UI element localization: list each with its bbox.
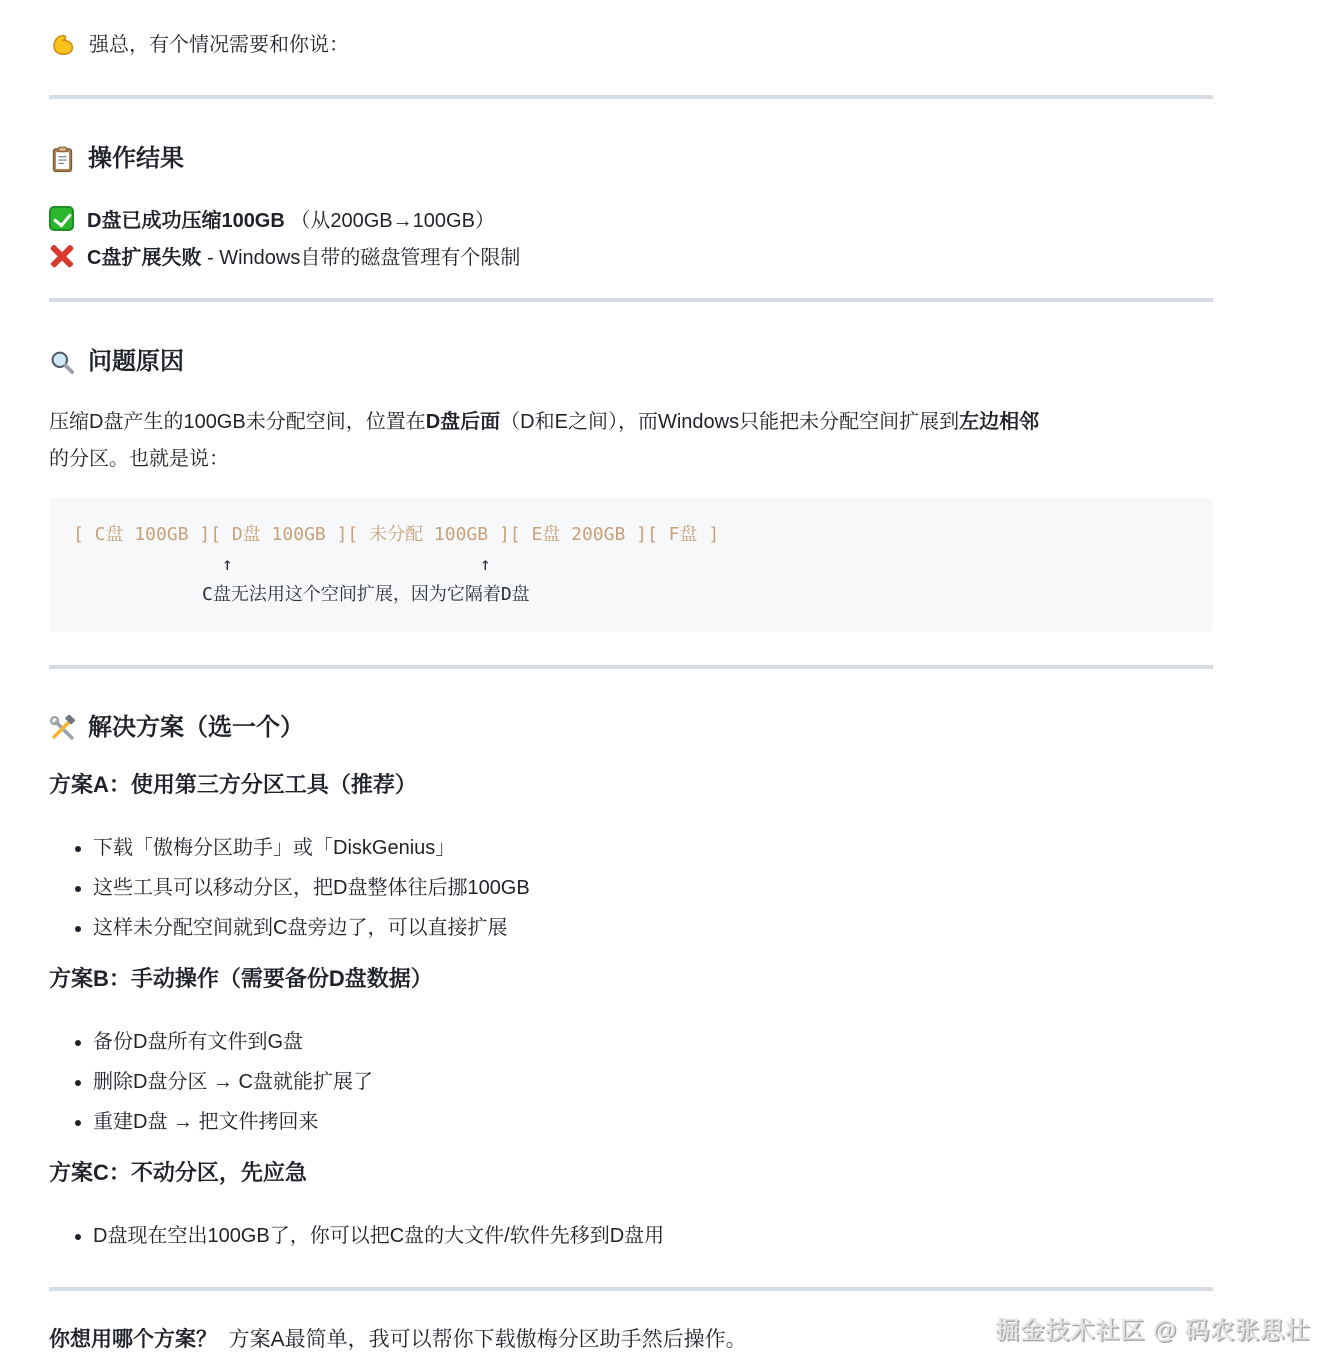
result-item-failure: C盘扩展失败 - Windows自带的磁盘管理有个限制 — [49, 237, 1213, 274]
up-arrow-icon: ↑ — [480, 550, 491, 580]
paragraph-segment: 的分区。也就是说： — [49, 448, 229, 470]
paragraph-bold: 左边相邻 — [959, 411, 1039, 433]
list-item: 这样未分配空间就到C盘旁边了，可以直接扩展 — [93, 908, 1213, 948]
result-text: C盘扩展失败 - Windows自带的磁盘管理有个限制 — [87, 241, 520, 270]
plan-c-heading: 方案C：不动分区，先应急 — [49, 1158, 1213, 1188]
final-question-rest: 方案A最简单，我可以帮你下载傲梅分区助手然后操作。 — [229, 1328, 747, 1351]
result-text: D盘已成功压缩100GB （从200GB→100GB） — [87, 204, 495, 233]
list-item: 备份D盘所有文件到G盘 — [93, 1022, 1213, 1062]
paragraph-segment: （D和E之间），而Windows只能把未分配空间扩展到 — [500, 411, 959, 433]
up-arrow-icon: ↑ — [222, 550, 233, 580]
results-list: D盘已成功压缩100GB （从200GB→100GB） C盘扩展失败 - Win… — [49, 200, 1213, 274]
solutions-heading-text: 解决方案（选一个） — [88, 713, 304, 743]
divider — [49, 298, 1213, 302]
plan-c-list: D盘现在空出100GB了，你可以把C盘的大文件/软件先移到D盘用 — [49, 1216, 1213, 1256]
solutions-heading: 解决方案（选一个） — [49, 713, 1213, 743]
results-heading-text: 操作结果 — [88, 144, 184, 174]
result-bold: D盘已成功压缩100GB — [87, 210, 285, 232]
problem-heading-text: 问题原因 — [88, 347, 184, 377]
result-rest: （从200GB→100GB） — [290, 210, 495, 232]
list-item: 重建D盘 → 把文件拷回来 — [93, 1102, 1213, 1142]
disk-layout-code-block: [ C盘 100GB ][ D盘 100GB ][ 未分配 100GB ][ E… — [49, 498, 1213, 632]
paragraph-segment: 压缩D盘产生的100GB未分配空间，位置在 — [49, 411, 426, 433]
clipboard-icon — [49, 146, 76, 173]
magnifier-icon — [49, 349, 76, 376]
divider — [49, 665, 1213, 669]
watermark: 掘金技术社区 @ 码农张思壮 — [995, 1310, 1310, 1345]
results-heading: 操作结果 — [49, 144, 1213, 174]
article-body: 强总，有个情况需要和你说： 操作结果 D盘已成功压缩100GB （从200GB→… — [0, 0, 1326, 1355]
plan-b-heading: 方案B：手动操作（需要备份D盘数据） — [49, 964, 1213, 994]
red-cross-icon — [49, 243, 74, 268]
code-note: C盘无法用这个空间扩展，因为它隔着D盘 — [73, 580, 1189, 610]
result-rest: - Windows自带的磁盘管理有个限制 — [207, 247, 520, 269]
flexed-biceps-icon — [49, 30, 78, 59]
problem-paragraph: 压缩D盘产生的100GB未分配空间，位置在D盘后面（D和E之间），而Window… — [49, 404, 1213, 478]
divider — [49, 95, 1213, 99]
list-item: 删除D盘分区 → C盘就能扩展了 — [93, 1062, 1213, 1102]
list-item: D盘现在空出100GB了，你可以把C盘的大文件/软件先移到D盘用 — [93, 1216, 1213, 1256]
disk-layout-line: [ C盘 100GB ][ D盘 100GB ][ 未分配 100GB ][ E… — [73, 520, 1189, 550]
green-check-icon — [49, 206, 74, 231]
paragraph-bold: D盘后面 — [426, 411, 500, 433]
code-arrow-line: ↑ ↑ — [73, 550, 1189, 580]
result-bold: C盘扩展失败 — [87, 247, 201, 269]
plan-b-list: 备份D盘所有文件到G盘 删除D盘分区 → C盘就能扩展了 重建D盘 → 把文件拷… — [49, 1022, 1213, 1142]
plan-a-heading: 方案A：使用第三方分区工具（推荐） — [49, 770, 1213, 800]
list-item: 下载「傲梅分区助手」或「DiskGenius」 — [93, 828, 1213, 868]
hammer-wrench-icon — [49, 715, 76, 742]
divider — [49, 1287, 1213, 1291]
result-item-success: D盘已成功压缩100GB （从200GB→100GB） — [49, 200, 1213, 237]
final-question-bold: 你想用哪个方案？ — [49, 1328, 217, 1351]
intro-text: 强总，有个情况需要和你说： — [89, 31, 349, 59]
intro-line: 强总，有个情况需要和你说： — [49, 30, 1213, 59]
problem-heading: 问题原因 — [49, 347, 1213, 377]
list-item: 这些工具可以移动分区，把D盘整体往后挪100GB — [93, 868, 1213, 908]
plan-a-list: 下载「傲梅分区助手」或「DiskGenius」 这些工具可以移动分区，把D盘整体… — [49, 828, 1213, 948]
